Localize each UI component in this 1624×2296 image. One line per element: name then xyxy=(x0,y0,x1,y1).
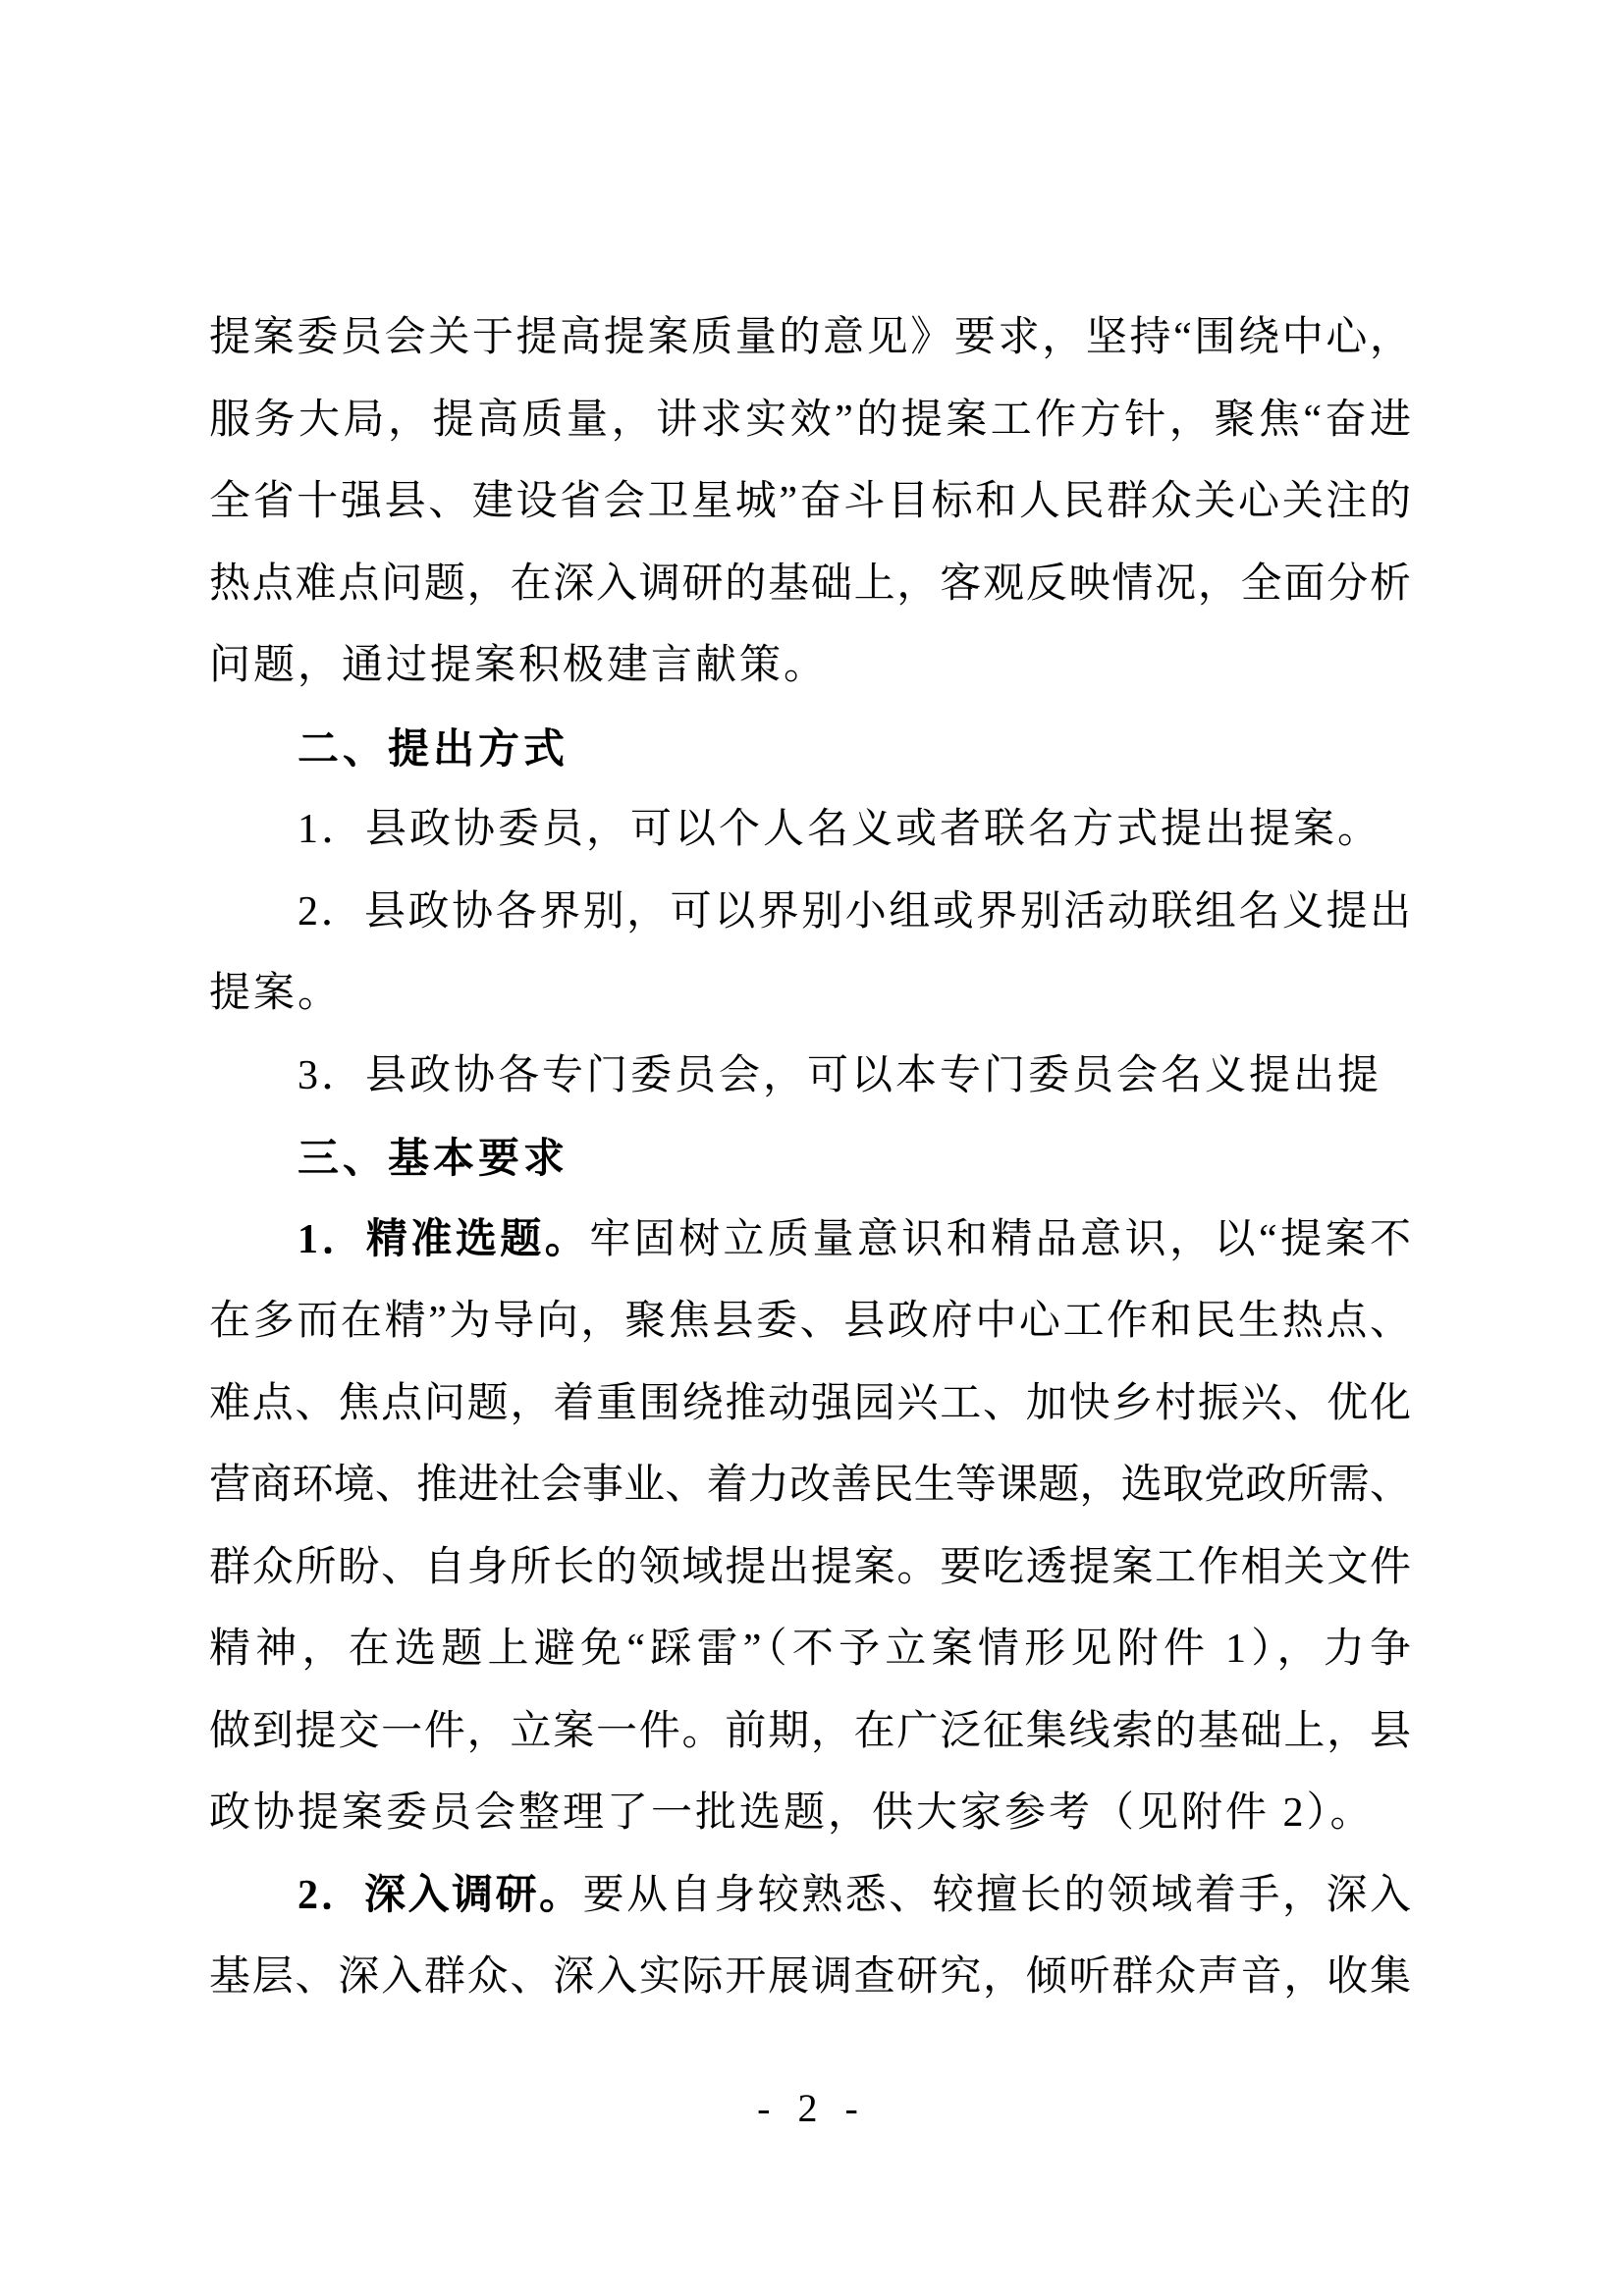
text-line: 营商环境、推进社会事业、着力改善民生等课题，选取党政所需、 xyxy=(209,1445,1411,1527)
text-line: 1．精准选题。牢固树立质量意识和精品意识，以“提案不 xyxy=(209,1200,1411,1282)
text-line: 群众所盼、自身所长的领域提出提案。要吃透提案工作相关文件 xyxy=(209,1527,1411,1610)
list-item: 2．县政协各界别，可以界别小组或界别活动联组名义提出 xyxy=(209,872,1411,954)
text-line: 难点、焦点问题，着重围绕推动强园兴工、加快乡村振兴、优化 xyxy=(209,1363,1411,1446)
text-line: 2．深入调研。要从自身较熟悉、较擅长的领域着手，深入 xyxy=(209,1855,1411,1938)
text-line: 热点难点问题，在深入调研的基础上，客观反映情况，全面分析 xyxy=(209,544,1411,626)
document-body: 提案委员会关于提高提案质量的意见》要求，坚持“围绕中心， 服务大局，提高质量，讲… xyxy=(209,297,1411,2019)
bold-lead-label: 1．精准选题。 xyxy=(298,1217,589,1262)
text-line: 在多而在精”为导向，聚焦县委、县政府中心工作和民生热点、 xyxy=(209,1281,1411,1363)
page-number: - 2 - xyxy=(0,2079,1624,2138)
text-line: 全省十强县、建设省会卫星城”奋斗目标和人民群众关心关注的 xyxy=(209,461,1411,544)
line-text: 牢固树立质量意识和精品意识，以“提案不 xyxy=(589,1217,1411,1262)
section-heading: 三、基本要求 xyxy=(209,1117,1411,1200)
list-item: 1．县政协委员，可以个人名义或者联名方式提出提案。 xyxy=(209,789,1411,872)
bold-lead-label: 2．深入调研。 xyxy=(298,1873,583,1918)
text-line: 问题，通过提案积极建言献策。 xyxy=(209,625,1411,708)
text-line: 服务大局，提高质量，讲求实效”的提案工作方针，聚焦“奋进 xyxy=(209,380,1411,462)
section-heading: 二、提出方式 xyxy=(209,708,1411,790)
text-line: 精神，在选题上避免“踩雷”（不予立案情形见附件 1），力争 xyxy=(209,1609,1411,1691)
text-line: 做到提交一件，立案一件。前期，在广泛征集线索的基础上，县 xyxy=(209,1691,1411,1774)
text-line: 提案。 xyxy=(209,953,1411,1036)
text-line: 基层、深入群众、深入实际开展调查研究，倾听群众声音，收集 xyxy=(209,1937,1411,2019)
text-line: 提案委员会关于提高提案质量的意见》要求，坚持“围绕中心， xyxy=(209,297,1411,380)
list-item: 3．县政协各专门委员会，可以本专门委员会名义提出提案。 xyxy=(209,1036,1411,1118)
text-line: 政协提案委员会整理了一批选题，供大家参考（见附件 2）。 xyxy=(209,1773,1411,1855)
line-text: 要从自身较熟悉、较擅长的领域着手，深入 xyxy=(583,1873,1411,1918)
document-page: 提案委员会关于提高提案质量的意见》要求，坚持“围绕中心， 服务大局，提高质量，讲… xyxy=(0,0,1624,2296)
